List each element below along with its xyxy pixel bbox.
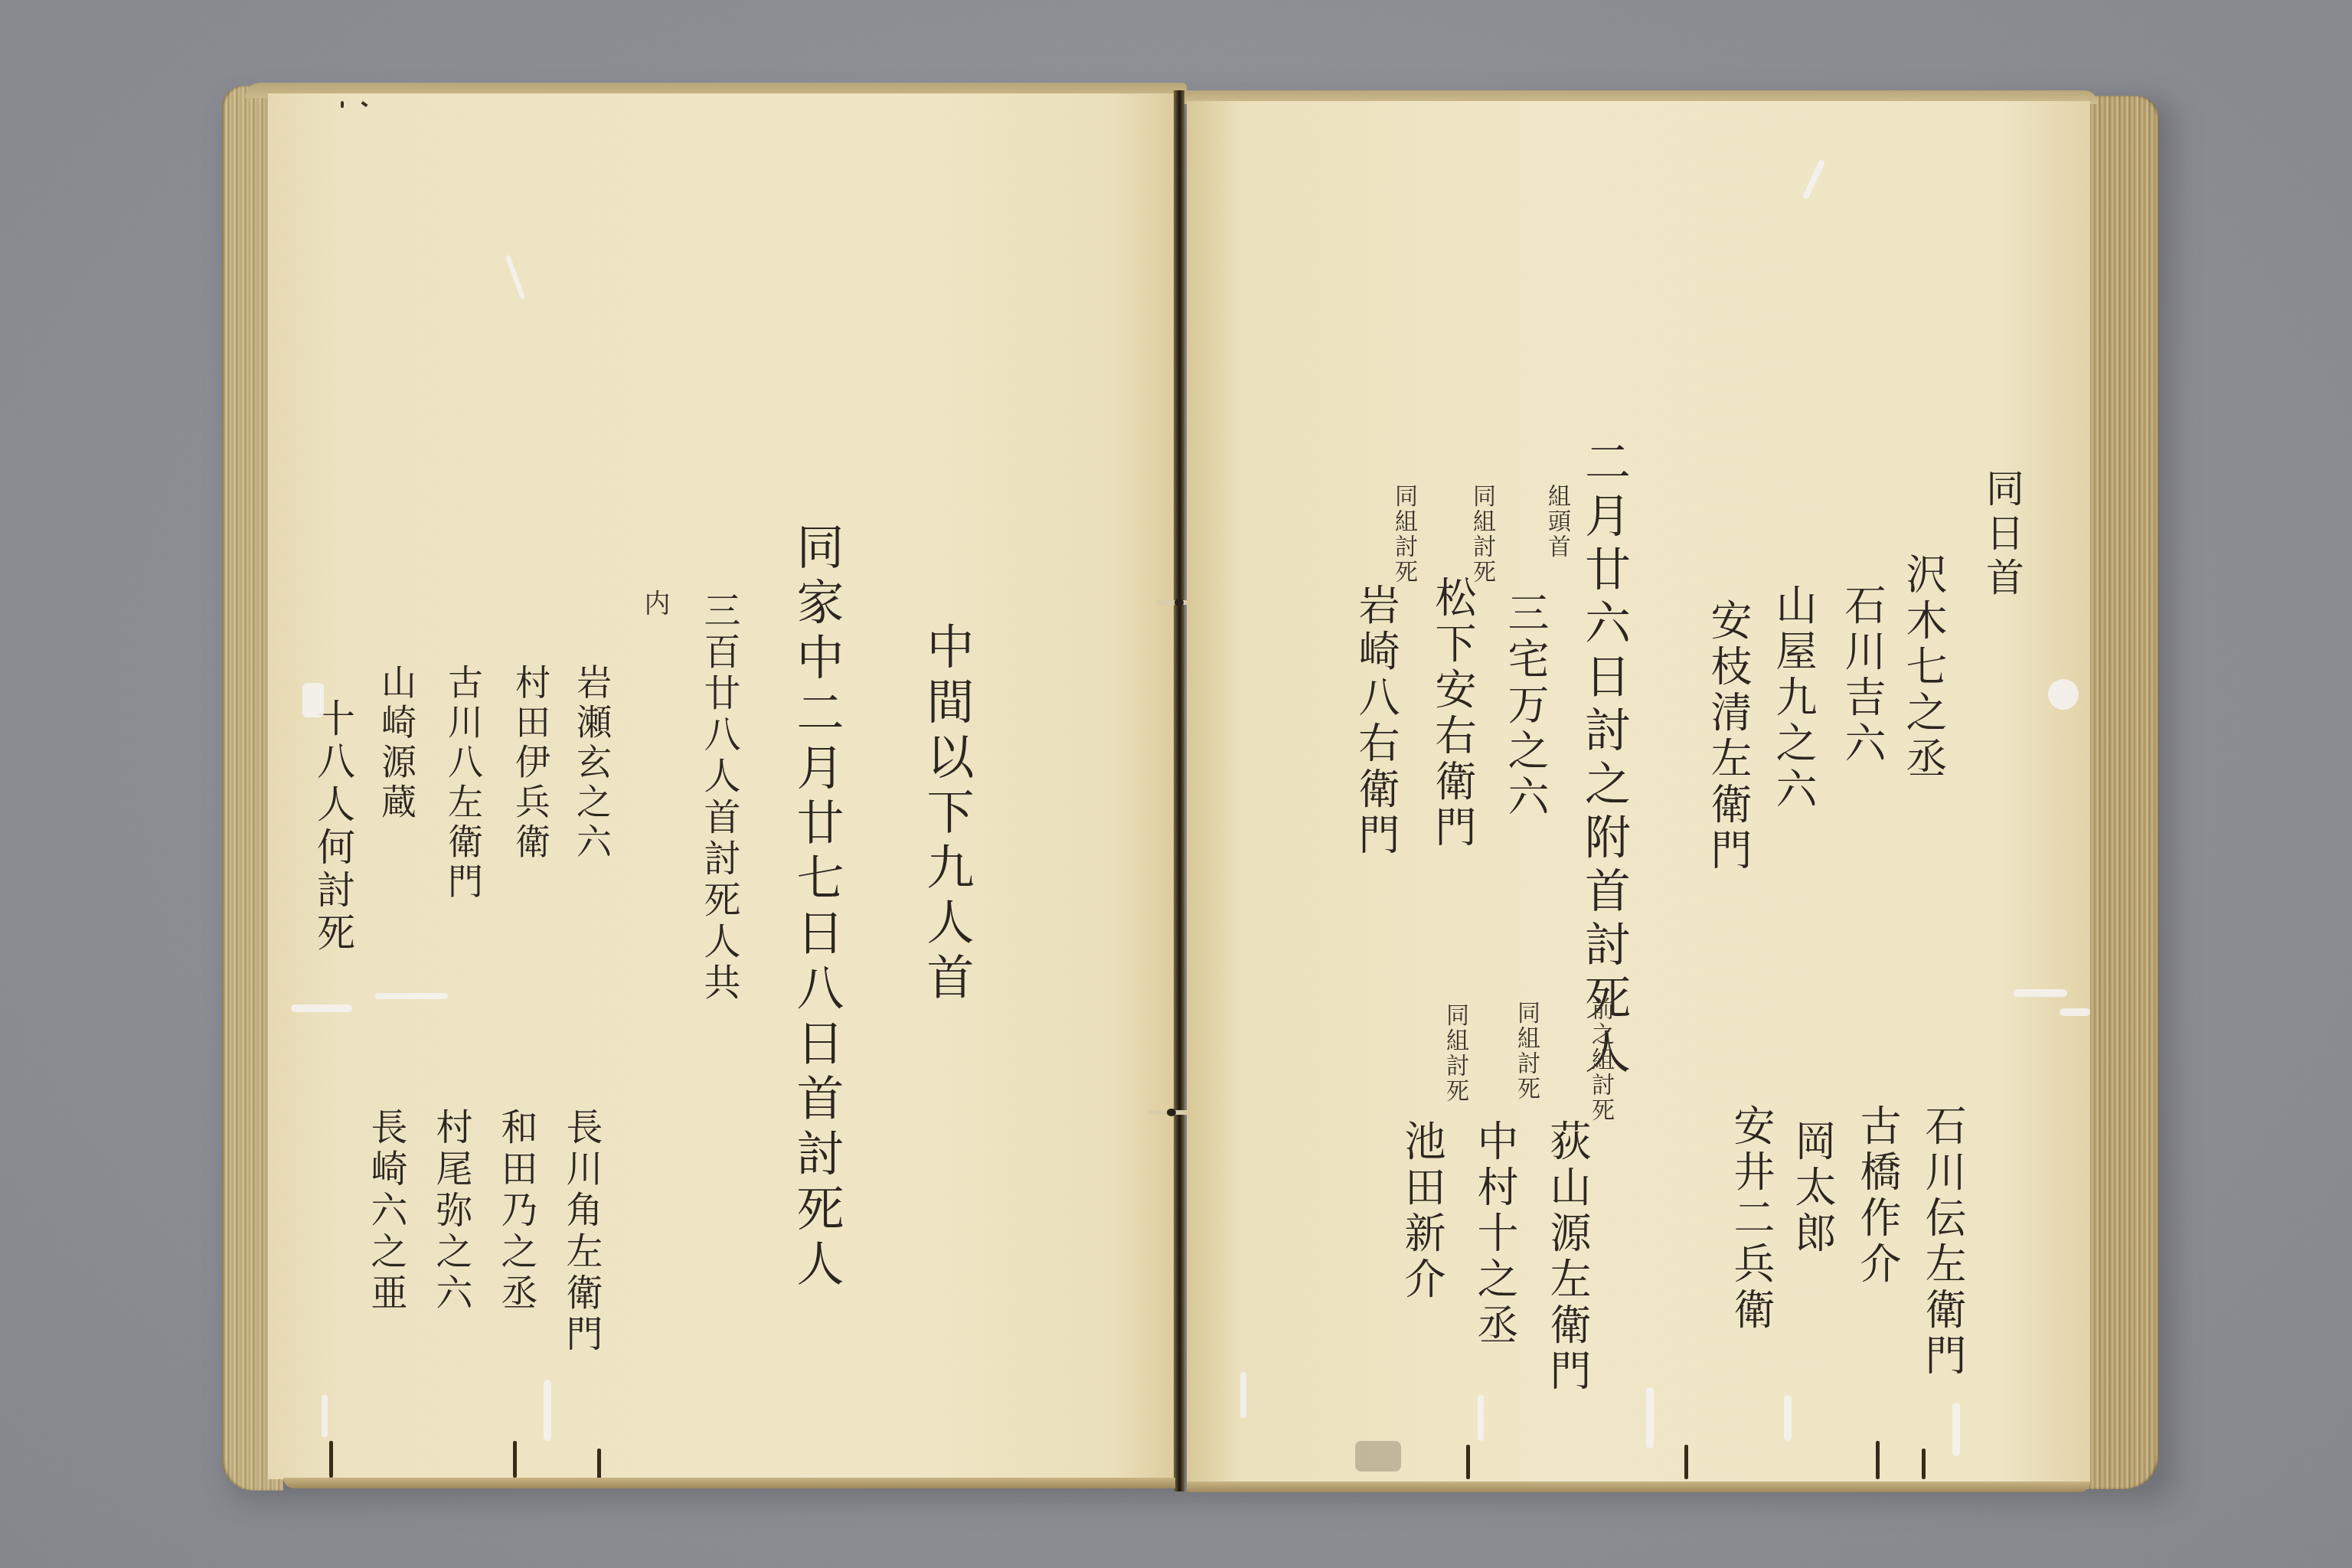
right-lower-annotated-name-3: 池田新介: [1401, 1119, 1442, 1303]
paper-wear: [302, 683, 324, 717]
left-lower-name-3: 村尾弥之六: [433, 1108, 469, 1315]
right-annotation-1: 組頭首: [1545, 484, 1568, 560]
paper-wear: [505, 255, 525, 299]
paper-wear: [1952, 1403, 1960, 1456]
right-lower-annotated-name-2: 中村十之丞: [1474, 1119, 1515, 1349]
right-lower-name-3: 岡太郎: [1792, 1119, 1833, 1257]
left-page: 中間以下九人首 同家中二月廿七日八日首討死人 三百廿八人首討死人共 内 岩瀬玄之…: [268, 93, 1179, 1479]
right-page: 同日首 沢木七之丞 石川吉六 山屋九之六 安枝清左衛門 二月廿六日討之附首討死人…: [1187, 101, 2090, 1483]
right-annotated-name-3: 岩崎八右衛門: [1355, 583, 1396, 859]
right-lower-name-2: 古橋作介: [1857, 1104, 1898, 1288]
right-annotated-name-1: 三宅万之六: [1504, 591, 1546, 821]
right-annotation-2: 同組討死: [1470, 484, 1493, 585]
paper-wear: [1240, 1372, 1246, 1418]
right-lower-annotation-3: 同組討死: [1443, 1003, 1466, 1104]
right-annotated-name-2: 松下安右衛門: [1432, 576, 1473, 851]
left-statement-main: 同家中二月廿七日八日首討死人: [792, 522, 840, 1294]
ink-mark: [341, 101, 344, 108]
paper-wear: [1478, 1395, 1484, 1441]
right-lower-annotation-1: 前之組討死: [1589, 997, 1612, 1123]
paper-tear: [597, 1449, 601, 1479]
right-upper-name-1: 沢木七之丞: [1903, 553, 1944, 782]
paper-wear: [1784, 1395, 1792, 1441]
left-bottom-edge: [283, 1478, 1175, 1488]
right-lower-annotated-name-1: 荻山源左衛門: [1547, 1119, 1588, 1395]
right-header: 同日首: [1983, 469, 2021, 602]
paper-wear: [2048, 679, 2079, 710]
right-annotation-3: 同組討死: [1392, 484, 1415, 585]
paper-tear: [1684, 1445, 1688, 1479]
left-count-note: 十八人何討死: [314, 698, 352, 955]
paper-wear: [375, 993, 448, 999]
right-page-stack-edge: [2082, 96, 2159, 1489]
paper-tear: [329, 1441, 333, 1478]
left-upper-name-1: 岩瀬玄之六: [574, 664, 609, 863]
right-lower-name-4: 安井二兵衛: [1730, 1104, 1772, 1334]
left-upper-name-3: 古川八左衛門: [446, 664, 481, 903]
left-upper-name-4: 山崎源蔵: [379, 664, 414, 823]
left-lower-name-4: 長崎六之亜: [367, 1108, 404, 1315]
right-upper-name-4: 安枝清左衛門: [1707, 599, 1749, 874]
paper-tear: [1922, 1449, 1926, 1479]
paper-tear: [513, 1441, 517, 1478]
paper-wear: [544, 1380, 551, 1441]
right-upper-name-2: 石川吉六: [1841, 583, 1883, 767]
left-marker: 内: [642, 590, 668, 618]
paper-tear: [1466, 1445, 1470, 1479]
paper-wear: [2060, 1008, 2090, 1016]
left-heading: 中間以下九人首: [923, 622, 970, 1008]
paper-wear: [2014, 989, 2067, 997]
left-statement-sub: 三百廿八人首討死人共: [701, 591, 737, 1004]
right-bottom-edge: [1187, 1481, 2090, 1492]
left-lower-name-1: 長川角左衛門: [563, 1108, 599, 1356]
left-lower-name-2: 和田乃之丞: [498, 1108, 534, 1315]
paper-wear: [291, 1004, 352, 1012]
ink-stain: [1355, 1441, 1401, 1472]
paper-wear: [1802, 159, 1825, 200]
paper-wear: [322, 1395, 328, 1437]
ink-mark: [361, 101, 368, 107]
right-lower-name-1: 石川伝左衛門: [1922, 1104, 1963, 1380]
left-upper-name-2: 村田伊兵衛: [513, 664, 548, 863]
right-statement: 二月廿六日討之附首討死人: [1581, 438, 1627, 1081]
paper-wear: [1646, 1387, 1654, 1449]
paper-tear: [1876, 1441, 1880, 1479]
book-spine: [1174, 90, 1184, 1491]
right-upper-name-3: 山屋九之六: [1772, 583, 1814, 813]
right-lower-annotation-2: 同組討死: [1514, 1001, 1537, 1102]
